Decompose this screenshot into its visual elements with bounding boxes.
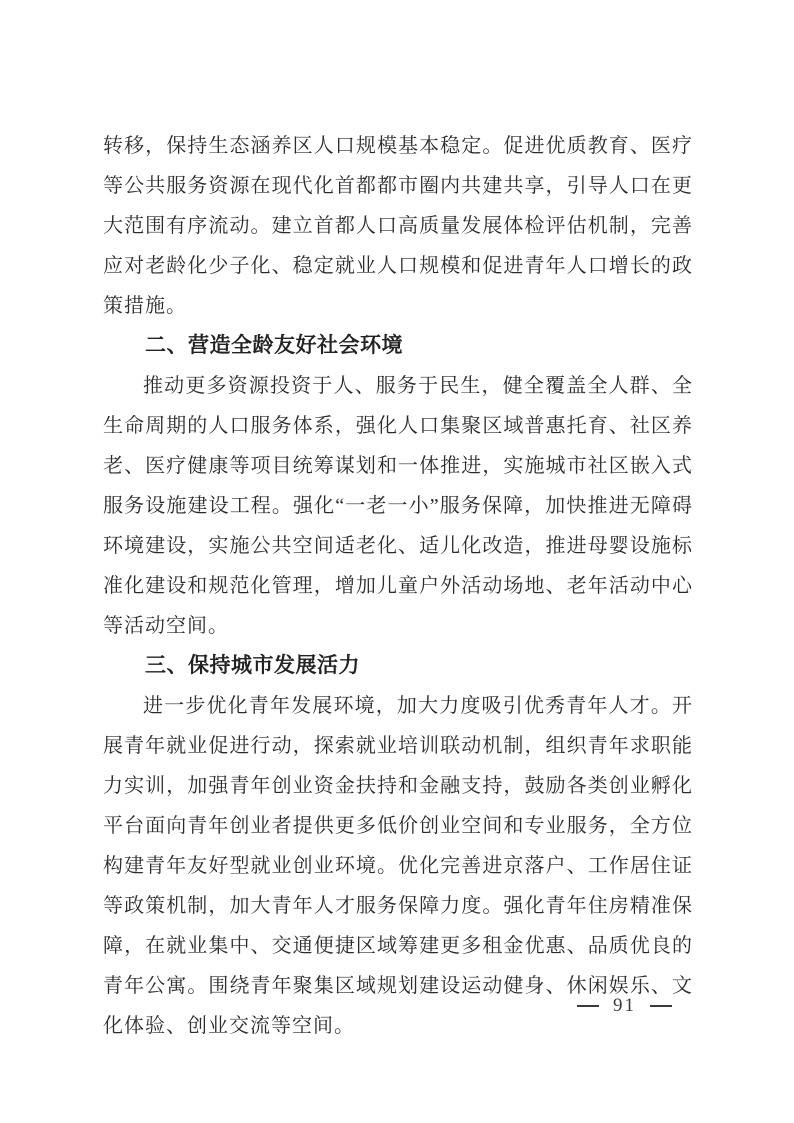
section-heading-3: 三、保持城市发展活力 <box>103 646 693 686</box>
page-footer: 91 <box>577 995 672 1017</box>
paragraph-section-3: 进一步优化青年发展环境，加大力度吸引优秀青年人才。开展青年就业促进行动，探索就业… <box>103 686 693 1046</box>
document-page: 转移，保持生态涵养区人口规模基本稳定。促进优质教育、医疗等公共服务资源在现代化首… <box>0 0 794 1123</box>
footer-dash-left <box>577 1005 599 1007</box>
footer-dash-right <box>650 1005 672 1007</box>
page-number: 91 <box>613 995 636 1017</box>
section-heading-2: 二、营造全龄友好社会环境 <box>103 326 693 366</box>
document-body: 转移，保持生态涵养区人口规模基本稳定。促进优质教育、医疗等公共服务资源在现代化首… <box>103 126 693 1046</box>
paragraph-continuation: 转移，保持生态涵养区人口规模基本稳定。促进优质教育、医疗等公共服务资源在现代化首… <box>103 126 693 326</box>
paragraph-section-2: 推动更多资源投资于人、服务于民生，健全覆盖全人群、全生命周期的人口服务体系，强化… <box>103 366 693 646</box>
